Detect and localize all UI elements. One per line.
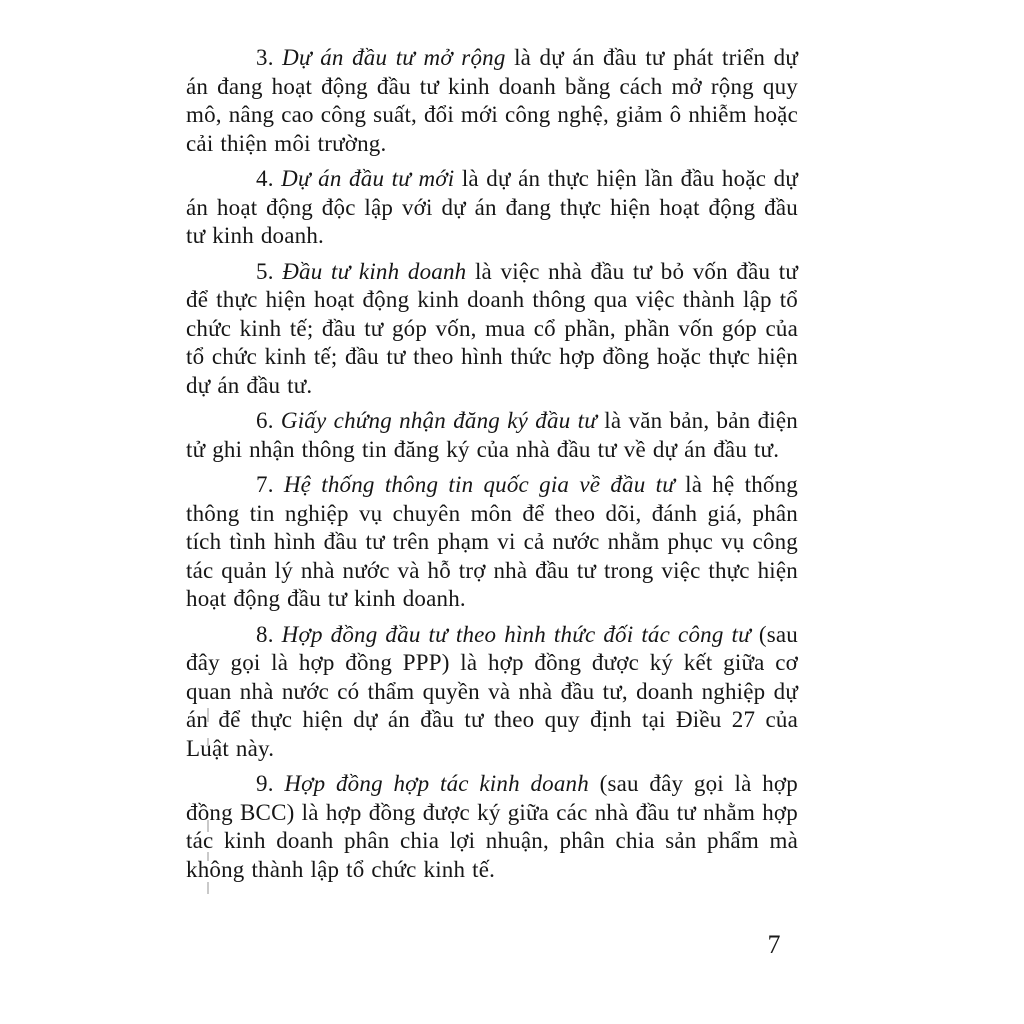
- definition-paragraph-3: 3. Dự án đầu tư mở rộng là dự án đầu tư …: [186, 44, 798, 158]
- clause-number: 7.: [256, 472, 274, 497]
- definition-paragraph-9: 9. Hợp đồng hợp tác kinh doanh (sau đây …: [186, 770, 798, 884]
- scanned-book-page: 3. Dự án đầu tư mở rộng là dự án đầu tư …: [0, 0, 1024, 1024]
- definition-paragraph-5: 5. Đầu tư kinh doanh là việc nhà đầu tư …: [186, 258, 798, 401]
- defined-term: Dự án đầu tư mở rộng: [282, 45, 505, 70]
- clause-number: 4.: [256, 166, 274, 191]
- defined-term: Hệ thống thông tin quốc gia về đầu tư: [284, 472, 675, 497]
- definition-paragraph-6: 6. Giấy chứng nhận đăng ký đầu tư là văn…: [186, 407, 798, 464]
- defined-term: Giấy chứng nhận đăng ký đầu tư: [281, 408, 597, 433]
- clause-text: là dự án thực hiện lần đầu hoặc dự án ho…: [186, 166, 798, 248]
- definition-paragraph-8: 8. Hợp đồng đầu tư theo hình thức đối tá…: [186, 621, 798, 764]
- definition-paragraph-7: 7. Hệ thống thông tin quốc gia về đầu tư…: [186, 471, 798, 614]
- defined-term: Hợp đồng hợp tác kinh doanh: [284, 771, 589, 796]
- definition-paragraph-4: 4. Dự án đầu tư mới là dự án thực hiện l…: [186, 165, 798, 251]
- clause-number: 5.: [256, 259, 274, 284]
- defined-term: Dự án đầu tư mới: [281, 166, 454, 191]
- clause-text: là việc nhà đầu tư bỏ vốn đầu tư để thực…: [186, 259, 798, 398]
- defined-term: Hợp đồng đầu tư theo hình thức đối tác c…: [282, 622, 751, 647]
- page-number: 7: [752, 930, 796, 960]
- defined-term: Đầu tư kinh doanh: [282, 259, 466, 284]
- clause-number: 3.: [256, 45, 274, 70]
- body-text-block: 3. Dự án đầu tư mở rộng là dự án đầu tư …: [186, 44, 798, 891]
- clause-number: 8.: [256, 622, 274, 647]
- clause-number: 9.: [256, 771, 274, 796]
- clause-number: 6.: [256, 408, 274, 433]
